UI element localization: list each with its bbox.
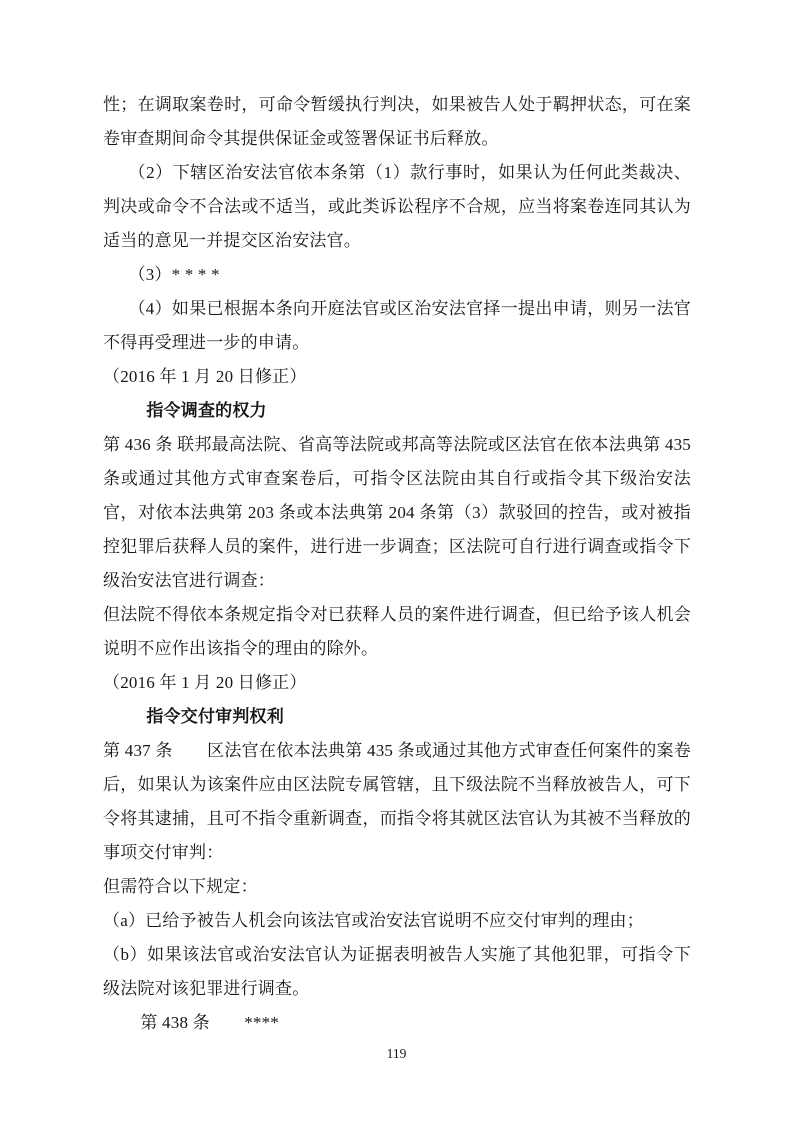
section-heading: 指令交付审判权利 (103, 700, 691, 734)
paragraph: （a）已给予被告人机会向该法官或治安法官说明不应交付审判的理由； (103, 904, 691, 938)
paragraph: 但需符合以下规定： (103, 870, 691, 904)
paragraph: 性；在调取案卷时，可命令暂缓执行判决，如果被告人处于羁押状态，可在案卷审查期间命… (103, 88, 691, 156)
document-body: 性；在调取案卷时，可命令暂缓执行判决，如果被告人处于羁押状态，可在案卷审查期间命… (103, 88, 691, 1040)
section-heading: 指令调查的权力 (103, 394, 691, 428)
paragraph: （b）如果该法官或治安法官认为证据表明被告人实施了其他犯罪，可指令下级法院对该犯… (103, 938, 691, 1006)
page-number: 119 (0, 1046, 793, 1062)
document-page: 性；在调取案卷时，可命令暂缓执行判决，如果被告人处于羁押状态，可在案卷审查期间命… (0, 0, 793, 1122)
paragraph: （4）如果已根据本条向开庭法官或区治安法官择一提出申请，则另一法官不得再受理进一… (103, 292, 691, 360)
paragraph: 但法院不得依本条规定指令对已获释人员的案件进行调查，但已给予该人机会说明不应作出… (103, 598, 691, 666)
paragraph: （3）* * * * (103, 258, 691, 292)
paragraph: 第 438 条 **** (103, 1006, 691, 1040)
paragraph: 第 436 条 联邦最高法院、省高等法院或邦高等法院或区法官在依本法典第 435… (103, 428, 691, 598)
paragraph: （2）下辖区治安法官依本条第（1）款行事时，如果认为任何此类裁决、判决或命令不合… (103, 156, 691, 258)
paragraph: 第 437 条 区法官在依本法典第 435 条或通过其他方式审查任何案件的案卷后… (103, 734, 691, 870)
paragraph: （2016 年 1 月 20 日修正） (103, 360, 691, 394)
paragraph: （2016 年 1 月 20 日修正） (103, 666, 691, 700)
